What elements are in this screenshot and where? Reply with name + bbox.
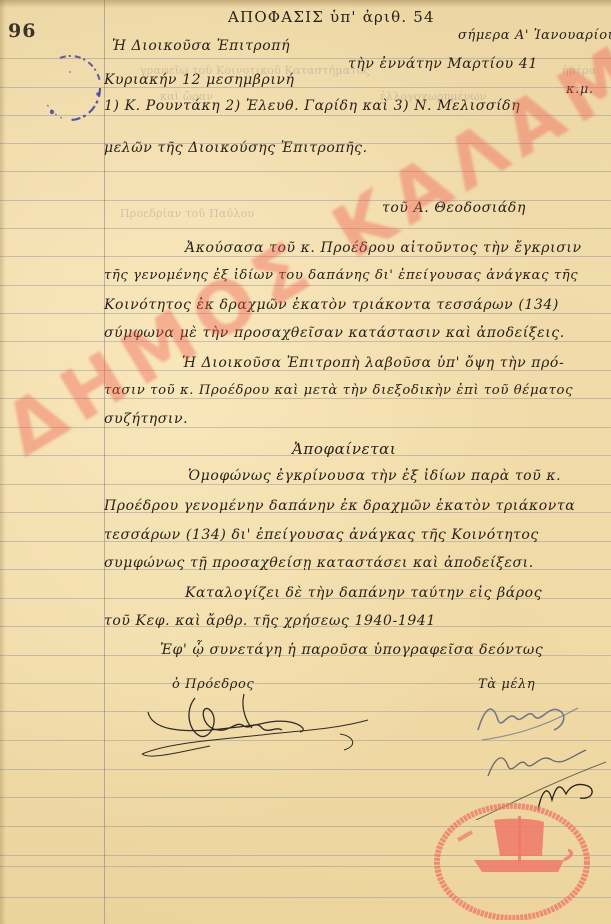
decision-heading: Ἀποφαίνεται [292, 440, 396, 458]
margin-line [104, 0, 105, 924]
header-line: Κυριακήν 12 μεσημβρινή [104, 72, 295, 88]
decision-line: συμφώνως τῇ προσαχθείσῃ καταστάσει καὶ ἀ… [104, 555, 534, 571]
decision-title: ΑΠΟΦΑΣΙΣ ὑπ' ἀριθ. 54 [228, 8, 435, 26]
page-number: 96 [8, 20, 36, 42]
circular-stamp-icon [40, 52, 102, 122]
ruled-line [0, 484, 611, 485]
ship-seal-icon [432, 800, 592, 920]
document-page: γραφεῖῳ τοῦ Κοινοτικοῦ Καταστήματος καὶ … [0, 0, 611, 924]
page-edge-shadow [0, 0, 611, 8]
decision-line: Καταλογίζει δὲ τὴν δαπάνην ταύτην εἰς βά… [185, 585, 542, 601]
president-signature-icon [140, 690, 380, 770]
header-line: 1) Κ. Ρουντάκη 2) Ἐλευθ. Γαρίδη καὶ 3) Ν… [104, 98, 520, 114]
decision-line: Προέδρου γενομένην δαπάνην ἐκ δραχμῶν ἑκ… [104, 498, 575, 514]
decision-line: Ἐφ' ᾧ συνετάγη ἡ παροῦσα ὑπογραφεῖσα δεό… [160, 642, 543, 658]
printed-form-text: Προεδρίαν τοῦ Παύλου [120, 207, 254, 220]
ruled-line [0, 313, 611, 314]
body-line: Ἡ Διοικοῦσα Ἐπιτροπὴ λαβοῦσα ὑπ' ὄψη τὴν… [182, 355, 564, 371]
decision-line: τεσσάρων (134) δι' ἐπείγουσας ἀνάγκας τῆ… [104, 527, 539, 543]
header-line: Ἡ Διοικοῦσα Ἐπιτροπή [112, 38, 290, 54]
decision-line: Ὁμοφώνως ἐγκρίνουσα τὴν ἐξ ἰδίων παρὰ το… [188, 468, 561, 484]
header-line: μελῶν τῆς Διοικούσης Ἐπιτροπῆς. [104, 140, 368, 156]
header-line: τὴν ἐννάτην Μαρτίου 41 [348, 56, 538, 72]
page-edge-shadow [0, 0, 6, 924]
decision-line: τοῦ Κεφ. καὶ ἄρθρ. τῆς χρήσεως 1940-1941 [104, 613, 436, 629]
